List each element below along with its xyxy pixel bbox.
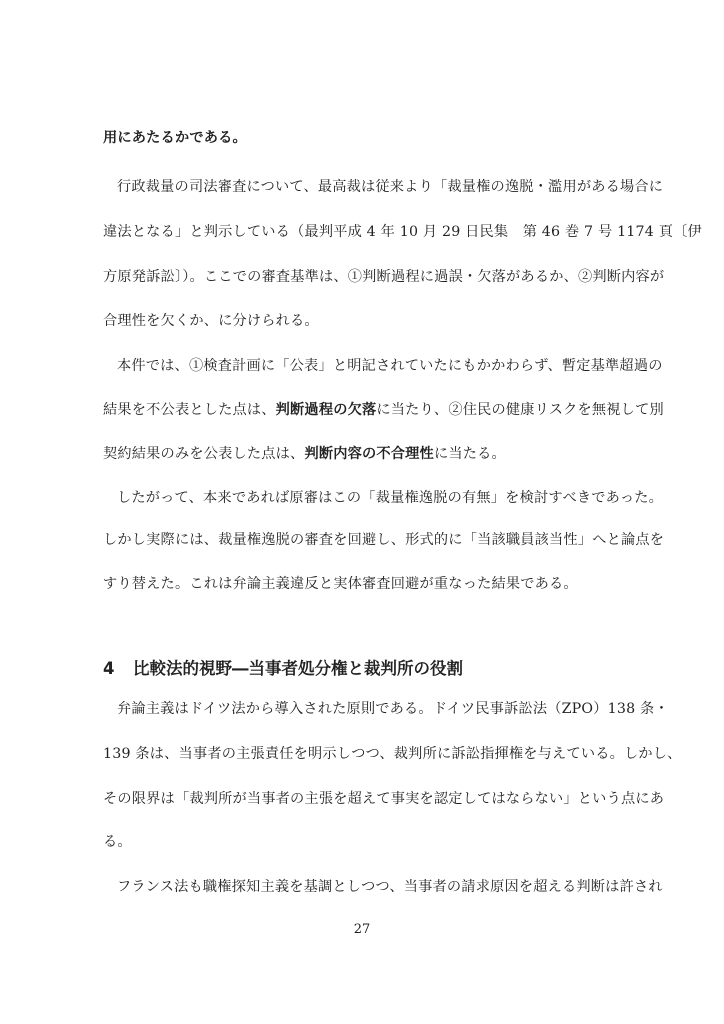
paragraph-line: 方原発訴訟〕）。ここでの審査基準は、①判断過程に過誤・欠落があるか、②判断内容が bbox=[103, 267, 625, 287]
paragraph-line: 弁論主義はドイツ法から導入された原則である。ドイツ民事訴訟法（ZPO）138 条… bbox=[117, 699, 639, 719]
page-number: 27 bbox=[0, 922, 724, 937]
text-run: に当たり、②住民の健康リスクを無視して別 bbox=[376, 402, 663, 418]
paragraph-line: る。 bbox=[103, 832, 625, 852]
paragraph-line: 用にあたるかである。 bbox=[103, 128, 625, 148]
section-title: 比較法的視野―当事者処分権と裁判所の役割 bbox=[133, 659, 463, 678]
document-page: 用にあたるかである。 行政裁量の司法審査について、最高裁は従来より「裁量権の逸脱… bbox=[0, 0, 724, 1024]
paragraph-line: すり替えた。これは弁論主義違反と実体審査回避が重なった結果である。 bbox=[103, 574, 625, 594]
paragraph-line: その限界は「裁判所が当事者の主張を超えて事実を認定してはならない」という点にあ bbox=[103, 789, 625, 809]
emphasis-text: 判断過程の欠落 bbox=[276, 402, 377, 418]
emphasis-text: 判断内容の不合理性 bbox=[304, 446, 434, 462]
paragraph-line: 違法となる」と判示している（最判平成 4 年 10 月 29 日民集 第 46 … bbox=[103, 222, 625, 242]
paragraph-line: 行政裁量の司法審査について、最高裁は従来より「裁量権の逸脱・濫用がある場合に bbox=[117, 177, 639, 197]
text-run: に当たる。 bbox=[434, 446, 506, 462]
paragraph-line: したがって、本来であれば原審はこの「裁量権逸脱の有無」を検討すべきであった。 bbox=[117, 488, 639, 508]
text-run: 結果を不公表とした点は、 bbox=[103, 402, 276, 418]
section-number: 4 bbox=[103, 659, 133, 678]
text-run: 契約結果のみを公表した点は、 bbox=[103, 446, 304, 462]
paragraph-line: 合理性を欠くか、に分けられる。 bbox=[103, 311, 625, 331]
paragraph-line: フランス法も職権探知主義を基調としつつ、当事者の請求原因を超える判断は許され bbox=[117, 877, 639, 897]
paragraph-line: 139 条は、当事者の主張責任を明示しつつ、裁判所に訴訟指揮権を与えている。しか… bbox=[103, 744, 625, 764]
paragraph-line: 本件では、①検査計画に「公表」と明記されていたにもかかわらず、暫定基準超過の bbox=[117, 356, 639, 376]
section-heading: 4比較法的視野―当事者処分権と裁判所の役割 bbox=[103, 655, 463, 679]
paragraph-line: 契約結果のみを公表した点は、判断内容の不合理性に当たる。 bbox=[103, 444, 625, 464]
paragraph-line: しかし実際には、裁量権逸脱の審査を回避し、形式的に「当該職員該当性」へと論点を bbox=[103, 530, 625, 550]
paragraph-line: 結果を不公表とした点は、判断過程の欠落に当たり、②住民の健康リスクを無視して別 bbox=[103, 400, 625, 420]
